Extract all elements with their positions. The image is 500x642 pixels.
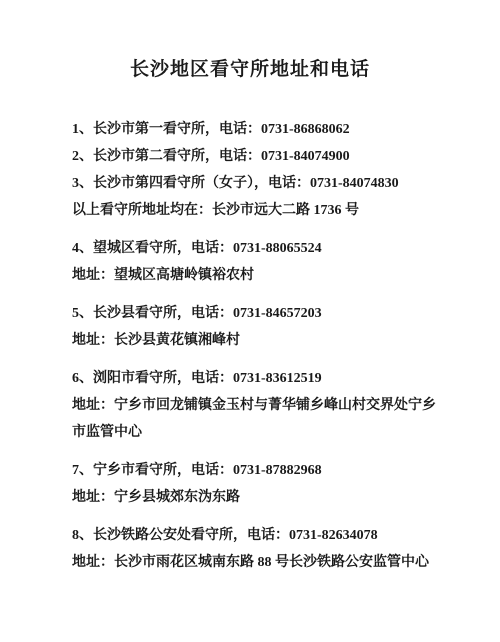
section-ningxiang: 7、宁乡市看守所，电话：0731-87882968 地址：宁乡县城郊东沩东路 <box>72 457 440 511</box>
facility-4-entry: 4、望城区看守所，电话：0731-88065524 <box>72 235 440 262</box>
facility-8-address: 地址：长沙市雨花区城南东路 88 号长沙铁路公安监管中心 <box>72 549 440 576</box>
page-title: 长沙地区看守所地址和电话 <box>0 56 500 83</box>
facility-6-entry: 6、浏阳市看守所，电话：0731-83612519 <box>72 365 440 392</box>
shared-address-note: 以上看守所地址均在：长沙市远大二路 1736 号 <box>72 197 440 224</box>
facility-1-entry: 1、长沙市第一看守所，电话：0731-86868062 <box>72 116 440 143</box>
facility-6-address: 地址：宁乡市回龙铺镇金玉村与菁华铺乡峰山村交界处宁乡市监管中心 <box>72 392 440 446</box>
document-body: 1、长沙市第一看守所，电话：0731-86868062 2、长沙市第二看守所，电… <box>72 116 440 576</box>
facility-2-entry: 2、长沙市第二看守所，电话：0731-84074900 <box>72 143 440 170</box>
facility-5-address: 地址：长沙县黄花镇湘峰村 <box>72 327 440 354</box>
facility-4-address: 地址：望城区高塘岭镇裕农村 <box>72 262 440 289</box>
section-changsha-county: 5、长沙县看守所，电话：0731-84657203 地址：长沙县黄花镇湘峰村 <box>72 300 440 354</box>
facility-8-entry: 8、长沙铁路公安处看守所，电话：0731-82634078 <box>72 522 440 549</box>
section-changsha-city-facilities: 1、长沙市第一看守所，电话：0731-86868062 2、长沙市第二看守所，电… <box>72 116 440 224</box>
section-liuyang: 6、浏阳市看守所，电话：0731-83612519 地址：宁乡市回龙铺镇金玉村与… <box>72 365 440 446</box>
facility-3-entry: 3、长沙市第四看守所（女子），电话：0731-84074830 <box>72 170 440 197</box>
facility-5-entry: 5、长沙县看守所，电话：0731-84657203 <box>72 300 440 327</box>
section-railway-police: 8、长沙铁路公安处看守所，电话：0731-82634078 地址：长沙市雨花区城… <box>72 522 440 576</box>
section-wangcheng: 4、望城区看守所，电话：0731-88065524 地址：望城区高塘岭镇裕农村 <box>72 235 440 289</box>
facility-7-entry: 7、宁乡市看守所，电话：0731-87882968 <box>72 457 440 484</box>
facility-7-address: 地址：宁乡县城郊东沩东路 <box>72 484 440 511</box>
document-page: 长沙地区看守所地址和电话 1、长沙市第一看守所，电话：0731-86868062… <box>0 0 500 576</box>
